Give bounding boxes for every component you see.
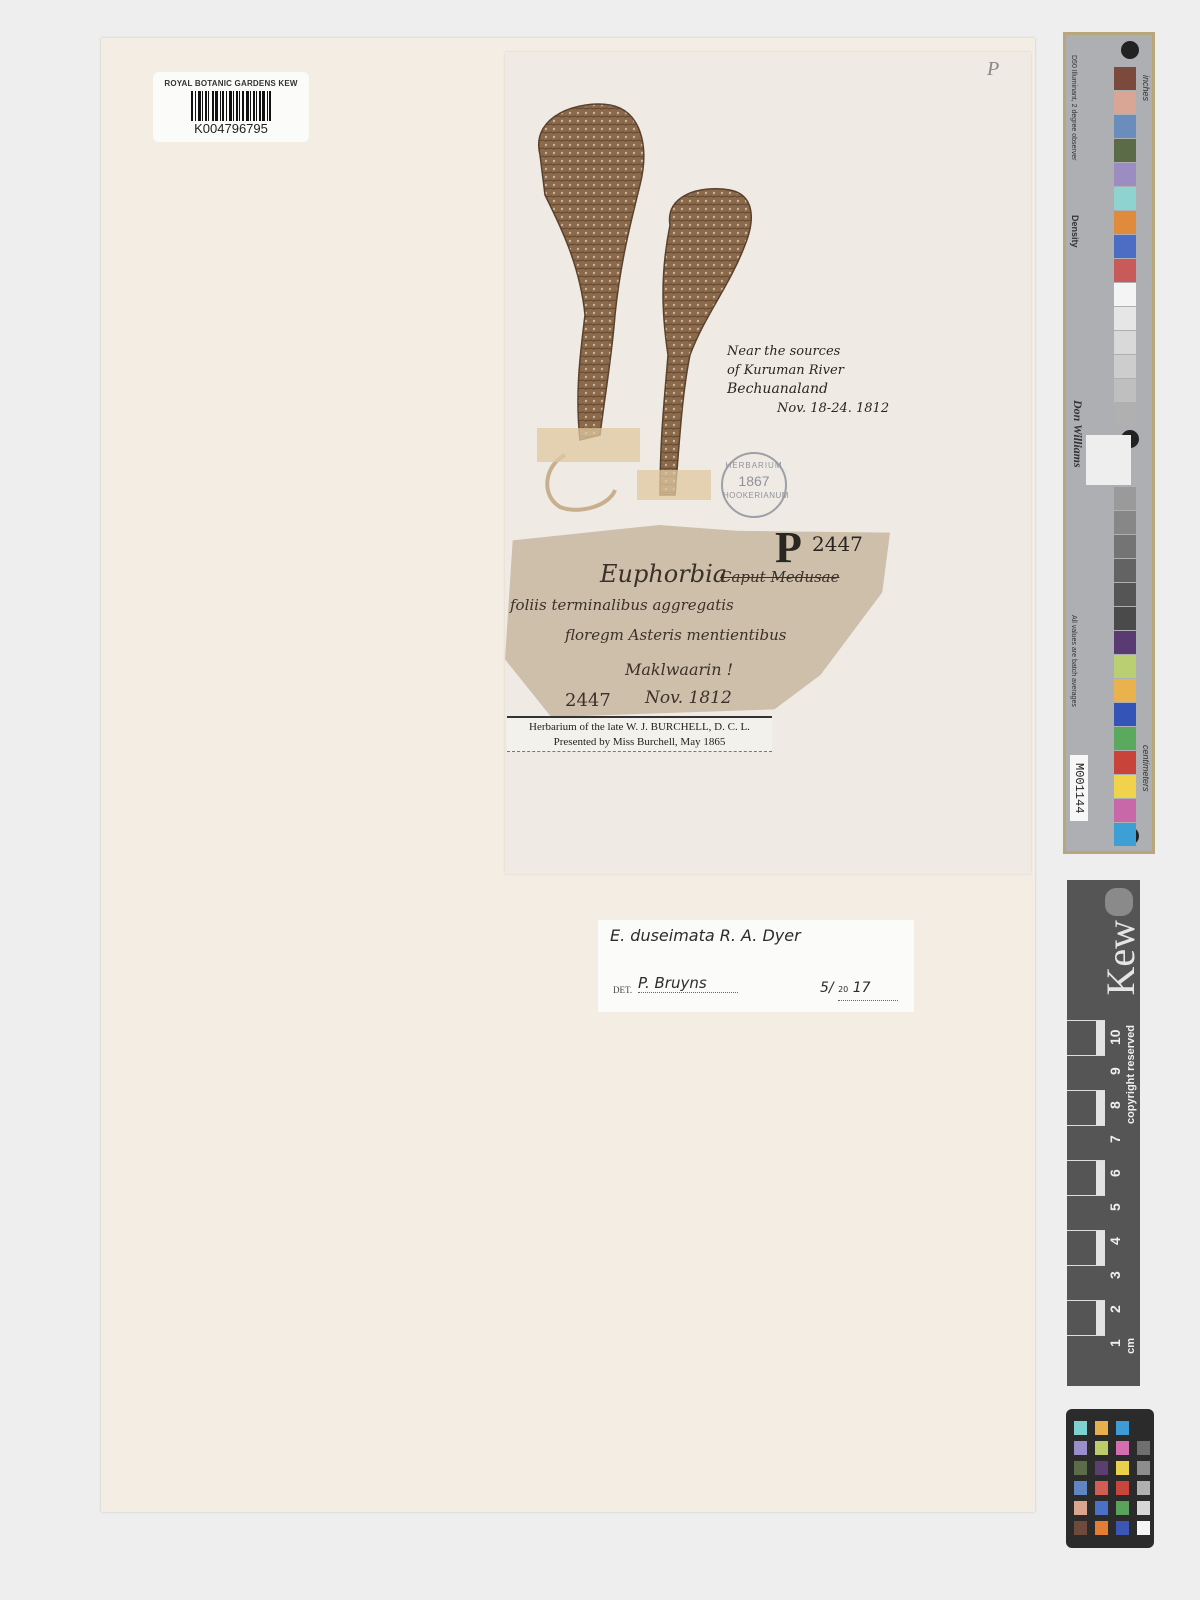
scale-tick-label: 8 — [1107, 1088, 1123, 1122]
barcode-label: ROYAL BOTANIC GARDENS KEW K004796795 — [153, 72, 309, 142]
color-swatch — [1114, 355, 1136, 378]
color-swatch — [1114, 823, 1136, 846]
color-swatch — [1114, 91, 1136, 114]
color-swatch — [1137, 1501, 1150, 1515]
density-label: Density — [1070, 215, 1080, 248]
color-swatch — [1114, 139, 1136, 162]
color-swatch — [1114, 283, 1136, 306]
scale-tick-label: 6 — [1107, 1156, 1123, 1190]
color-swatch — [1074, 1481, 1087, 1495]
determination-slip: E. duseimata R. A. Dyer DET. P. Bruyns 5… — [598, 920, 914, 1012]
color-swatch — [1074, 1501, 1087, 1515]
color-swatch — [1114, 487, 1136, 510]
genus-name: Euphorbia — [600, 560, 727, 588]
color-swatch — [1074, 1441, 1087, 1455]
scale-tick-label: 2 — [1107, 1292, 1123, 1326]
scale-tick-label: 7 — [1107, 1122, 1123, 1156]
color-swatch — [1137, 1521, 1150, 1535]
brand-label: Don Williams — [1070, 400, 1085, 468]
color-swatch — [1114, 607, 1136, 630]
color-swatch — [1114, 511, 1136, 534]
color-swatch — [1114, 751, 1136, 774]
scale-tick-label: 10 — [1107, 1020, 1123, 1054]
color-swatch — [1114, 259, 1136, 282]
color-swatch — [1114, 559, 1136, 582]
swatch-column-top — [1114, 67, 1136, 427]
herbarium-stamp: HERBARIUM 1867 HOOKERIANUM — [721, 452, 787, 518]
color-swatch — [1114, 655, 1136, 678]
crest-icon — [1105, 888, 1133, 916]
corner-mark: P — [987, 58, 999, 81]
determination-date: 5/ 20 17 — [820, 980, 871, 996]
color-swatch — [1137, 1441, 1150, 1455]
color-swatch — [1116, 1461, 1129, 1475]
bottom-number: 2447 — [565, 690, 611, 711]
color-swatch — [1114, 307, 1136, 330]
color-swatch — [1116, 1481, 1129, 1495]
struck-text: Caput Medusae — [720, 568, 840, 586]
collector-mark: P — [775, 522, 802, 573]
color-swatch — [1114, 379, 1136, 402]
color-swatch — [1114, 115, 1136, 138]
scale-tick-label: 4 — [1107, 1224, 1123, 1258]
color-swatch — [1095, 1421, 1108, 1435]
collection-number: 2447 — [812, 532, 863, 556]
color-swatch — [1095, 1461, 1108, 1475]
tape-strip — [537, 428, 640, 462]
color-swatch — [1114, 679, 1136, 702]
copyright-text: copyright reserved — [1125, 1025, 1137, 1124]
scale-tick-label: 5 — [1107, 1190, 1123, 1224]
determined-name: E. duseimata R. A. Dyer — [610, 926, 801, 945]
scale-ticks: 10987654321 — [1107, 1020, 1127, 1360]
color-swatch — [1114, 235, 1136, 258]
color-swatch — [1116, 1441, 1129, 1455]
color-swatch — [1114, 535, 1136, 558]
color-swatch — [1114, 775, 1136, 798]
scale-tick-label: 1 — [1107, 1326, 1123, 1360]
printed-herbarium-label: Herbarium of the late W. J. BURCHELL, D.… — [507, 716, 772, 752]
color-swatch — [1114, 67, 1136, 90]
illuminant-note: D50 Illuminant, 2 degree observer — [1070, 55, 1077, 160]
determiner-name: P. Bruyns — [638, 974, 738, 993]
batch-note: All values are batch averages — [1070, 615, 1077, 707]
barcode-number: K004796795 — [153, 121, 309, 136]
color-bar-code: M001144 — [1070, 755, 1088, 821]
color-swatch — [1116, 1521, 1129, 1535]
tape-strip — [637, 470, 711, 500]
kew-logo: Kew — [1097, 920, 1144, 996]
description-line-1: foliis terminalibus aggregatis — [510, 596, 734, 614]
label-locality: Maklwaarin ! — [625, 660, 733, 679]
color-swatch — [1114, 403, 1136, 426]
color-swatch — [1074, 1421, 1087, 1435]
cm-unit-label: cm — [1125, 1338, 1137, 1354]
color-swatch — [1116, 1421, 1129, 1435]
color-swatch — [1114, 187, 1136, 210]
color-swatch — [1137, 1481, 1150, 1495]
kew-cm-scale: Kew 10987654321 copyright reserved cm — [1067, 880, 1140, 1386]
color-swatch — [1116, 1501, 1129, 1515]
color-swatch — [1095, 1441, 1108, 1455]
color-swatch — [1114, 211, 1136, 234]
locality-note: Near the sources of Kuruman River Bechua… — [727, 342, 889, 418]
color-swatch — [1095, 1521, 1108, 1535]
description-line-2: floregm Asteris mentientibus — [565, 626, 786, 644]
inches-label: inches — [1141, 75, 1151, 101]
scale-segments — [1067, 1020, 1105, 1370]
color-swatch — [1114, 631, 1136, 654]
label-date: Nov. 1812 — [645, 688, 732, 708]
color-swatch — [1137, 1421, 1150, 1435]
color-swatch — [1114, 727, 1136, 750]
color-swatch — [1095, 1501, 1108, 1515]
det-prefix: DET. — [613, 985, 632, 995]
swatch-column-bottom — [1114, 487, 1136, 847]
color-swatch — [1114, 163, 1136, 186]
color-calibration-bar: inches D50 Illuminant, 2 degree observer… — [1063, 32, 1155, 854]
barcode-icon — [181, 91, 281, 121]
color-swatch — [1114, 799, 1136, 822]
color-swatch — [1114, 583, 1136, 606]
target-patch — [1086, 435, 1131, 485]
bar-hole-icon — [1121, 41, 1139, 59]
centimeters-label: centimeters — [1141, 745, 1151, 792]
color-swatch — [1114, 331, 1136, 354]
color-checker-card — [1066, 1409, 1154, 1548]
institution-name: ROYAL BOTANIC GARDENS KEW — [153, 79, 309, 88]
color-swatch — [1074, 1521, 1087, 1535]
color-swatch — [1074, 1461, 1087, 1475]
scale-tick-label: 9 — [1107, 1054, 1123, 1088]
color-swatch — [1137, 1461, 1150, 1475]
scale-tick-label: 3 — [1107, 1258, 1123, 1292]
color-swatch — [1114, 703, 1136, 726]
color-swatch — [1095, 1481, 1108, 1495]
